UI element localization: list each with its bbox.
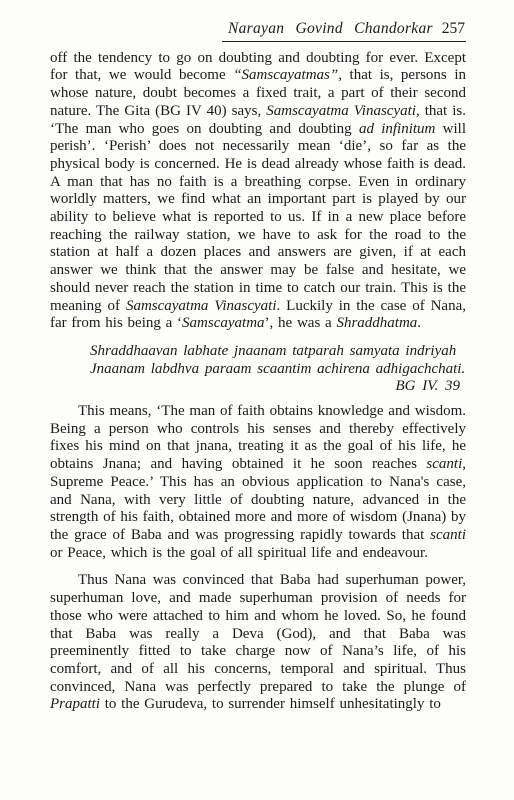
- verse-line-2: Jnaanam labdhva paraam scaantim achirena…: [90, 361, 464, 379]
- book-page: Narayan Govind Chandorkar 257 off the te…: [0, 0, 514, 800]
- paragraph-conclusion: Thus Nana was convinced that Baba had su…: [50, 572, 466, 714]
- verse-quote-block: Shraddhaavan labhate jnaanam tatparah sa…: [90, 343, 464, 396]
- paragraph-meaning: This means, ‘The man of faith obtains kn…: [50, 403, 466, 562]
- header-underline: Narayan Govind Chandorkar 257: [222, 20, 466, 42]
- verse-attribution: BG IV. 39: [90, 378, 464, 396]
- running-header: Narayan Govind Chandorkar 257: [50, 20, 466, 42]
- verse-line-1: Shraddhaavan labhate jnaanam tatparah sa…: [90, 343, 464, 361]
- paragraph-continuation: off the tendency to go on doubting and d…: [50, 50, 466, 333]
- page-number: 257: [442, 20, 465, 37]
- header-title: Narayan Govind Chandorkar: [228, 20, 433, 37]
